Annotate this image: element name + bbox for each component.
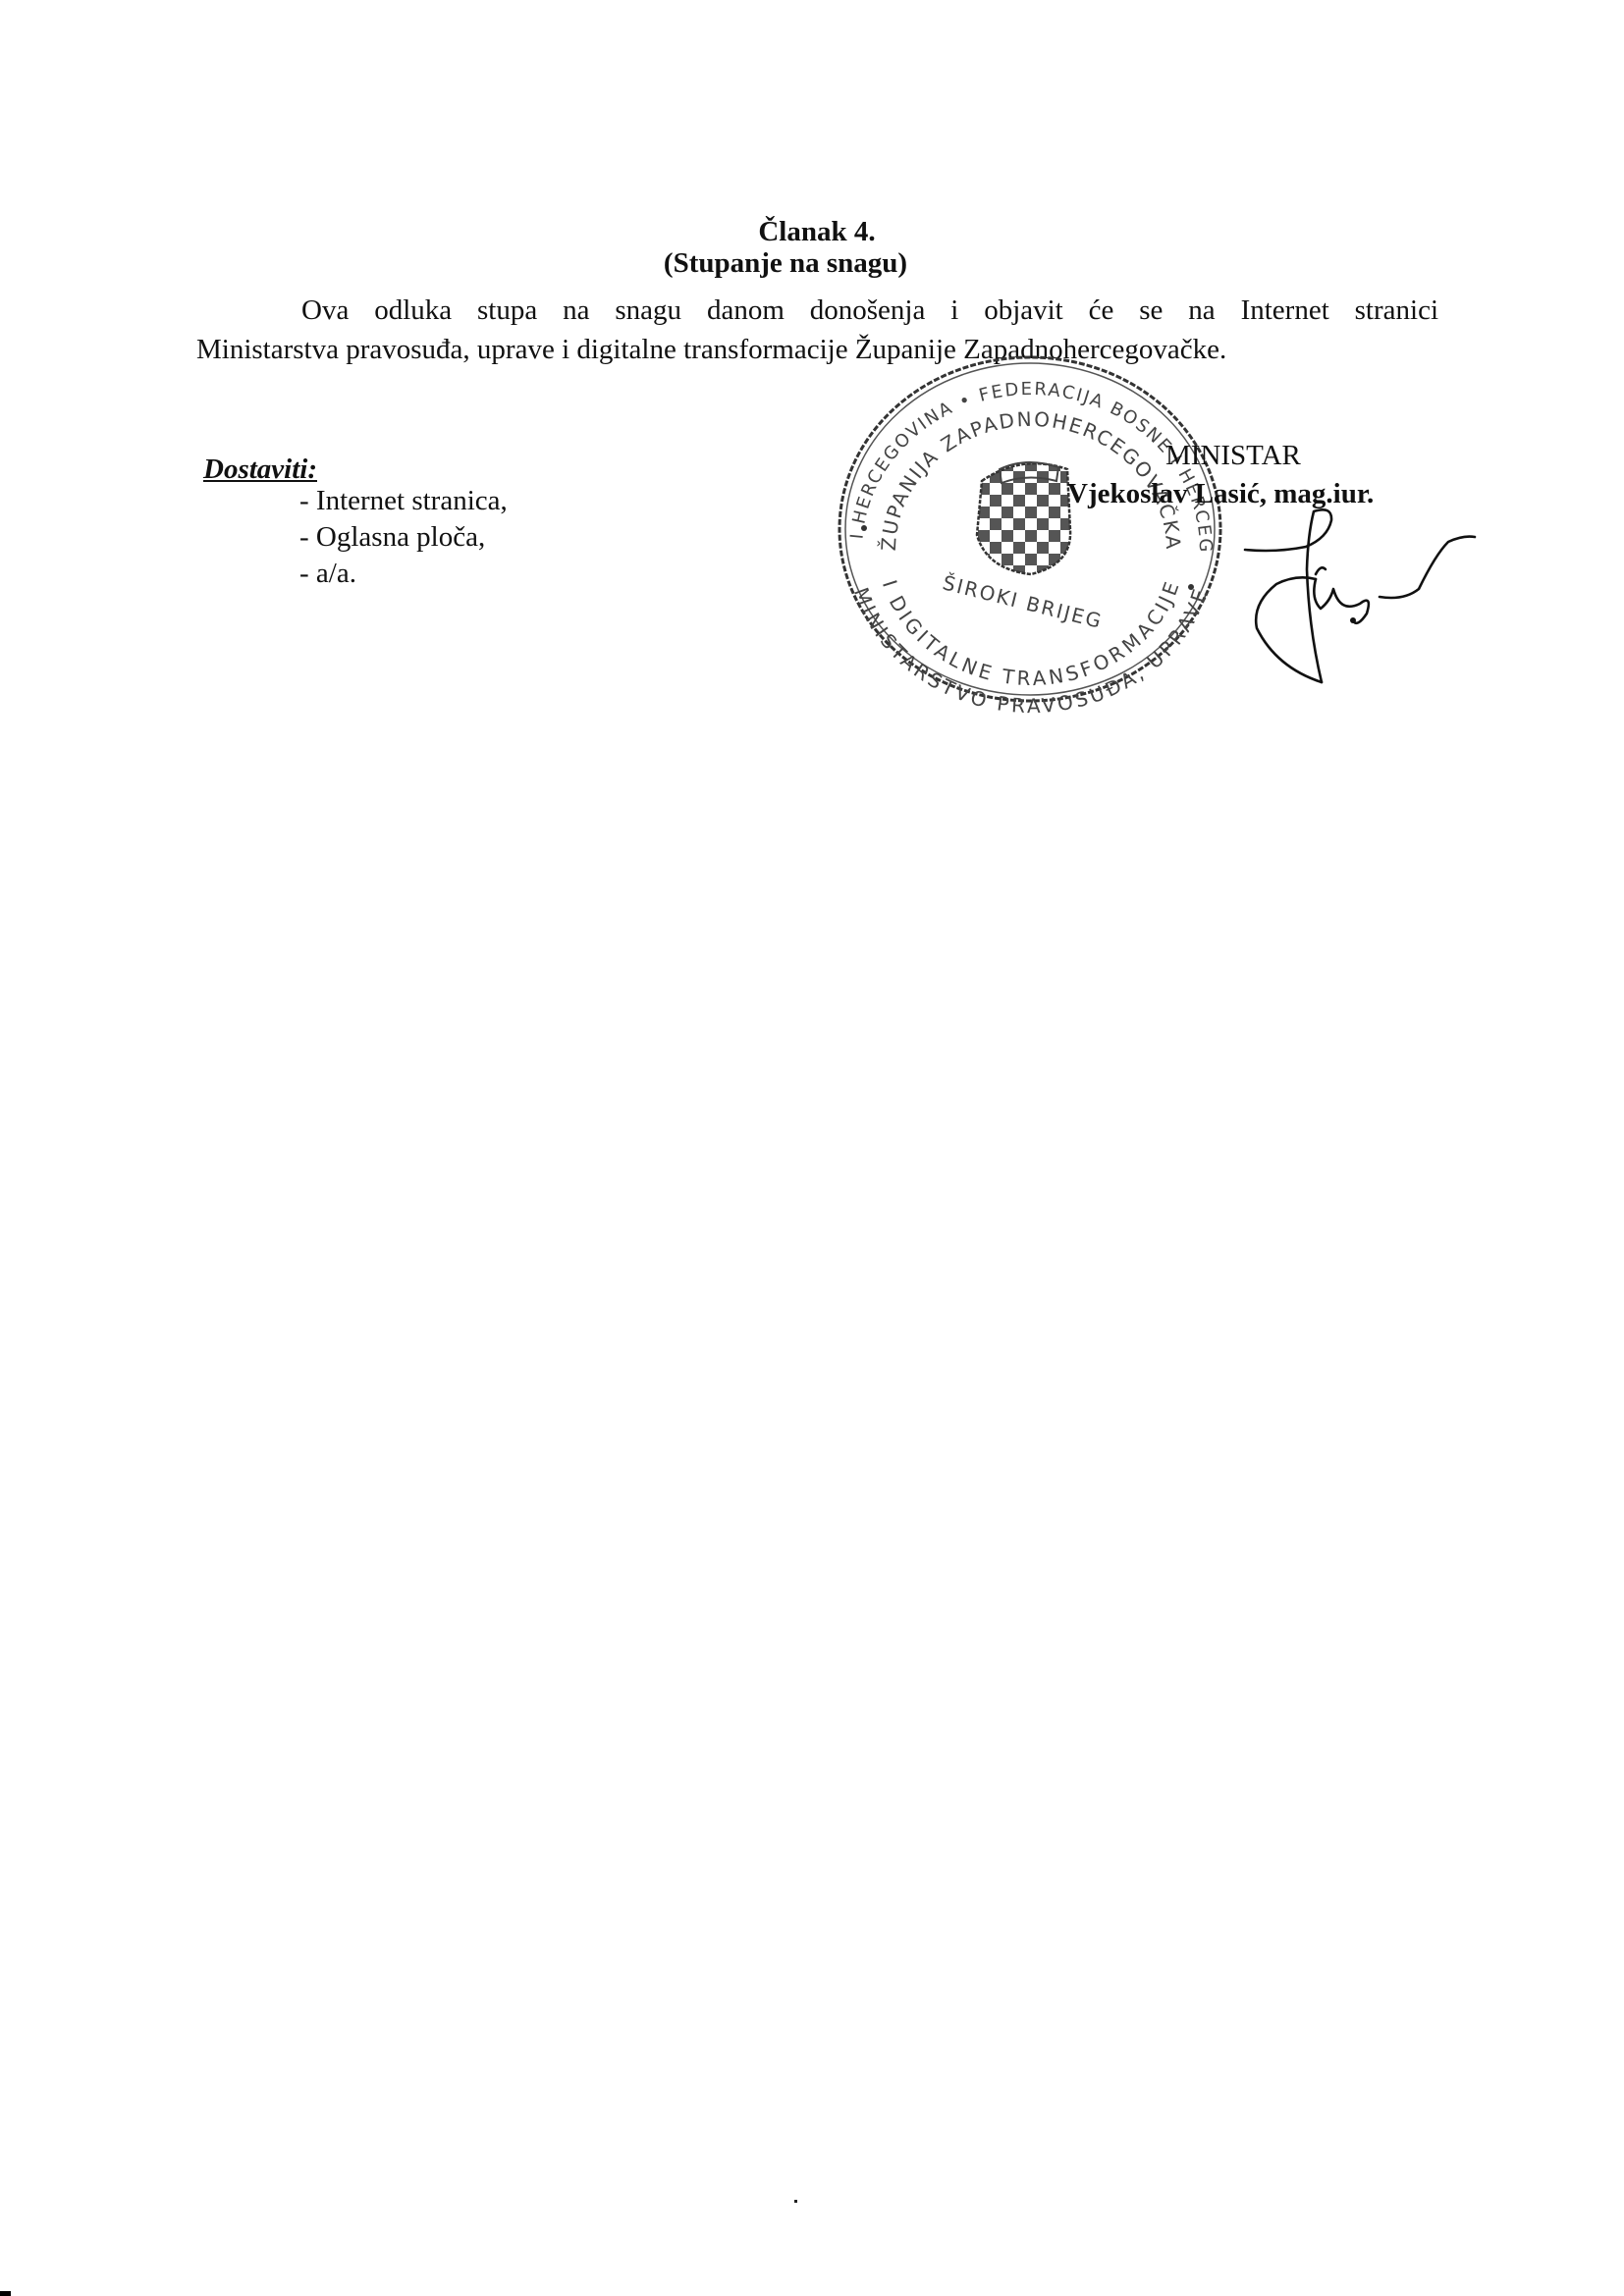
distribution-title: Dostaviti: (203, 454, 317, 486)
stamp-outer-bottom-text: MINISTARSTVO PRAVOSUĐA, UPRAVE (849, 584, 1213, 718)
article-title: (Stupanje na snagu) (589, 247, 982, 279)
distribution-item: - Internet stranica, (299, 483, 508, 519)
document-page: Članak 4. (Stupanje na snagu) Ova odluka… (0, 0, 1624, 2296)
paragraph-line-2: Ministarstva pravosuđa, uprave i digital… (196, 330, 1226, 369)
paragraph-line-1: Ova odluka stupa na snagu danom donošenj… (301, 291, 1438, 330)
stamp-city-text: ŠIROKI BRIJEG (941, 570, 1106, 633)
distribution-item: - Oglasna ploča, (299, 519, 485, 556)
stamp-inner-bottom-text: I DIGITALNE TRANSFORMACIJE (878, 577, 1184, 690)
scan-mark (0, 2291, 11, 2296)
checkered-coat-of-arms-icon (977, 462, 1070, 574)
paragraph-line-1-text: Ova odluka stupa na snagu danom donošenj… (301, 294, 1438, 326)
scan-speck (794, 2200, 797, 2203)
signatory-name: Vjekoslav Lasić, mag.iur. (1067, 478, 1374, 510)
signatory-role: MINISTAR (1165, 440, 1301, 472)
article-number: Članak 4. (621, 216, 1013, 247)
distribution-item: - a/a. (299, 556, 356, 592)
